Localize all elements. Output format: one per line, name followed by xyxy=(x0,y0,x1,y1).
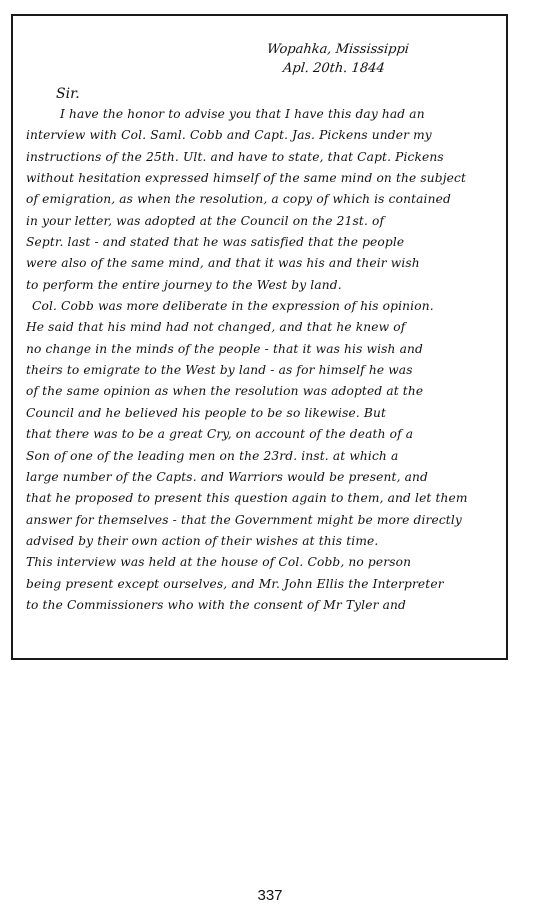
body-line: Col. Cobb was more deliberate in the exp… xyxy=(26,296,496,317)
body-line: that he proposed to present this questio… xyxy=(26,488,496,509)
body-line: interview with Col. Saml. Cobb and Capt.… xyxy=(26,125,496,146)
body-line: of the same opinion as when the resoluti… xyxy=(26,381,496,402)
letter-place: Wopahka, Mississippi xyxy=(266,40,468,59)
letter-heading: Wopahka, Mississippi Apl. 20th. 1844 xyxy=(264,40,468,78)
body-line: theirs to emigrate to the West by land -… xyxy=(26,360,496,381)
body-line: to perform the entire journey to the Wes… xyxy=(26,275,496,296)
body-line: were also of the same mind, and that it … xyxy=(26,253,496,274)
body-line: instructions of the 25th. Ult. and have … xyxy=(26,147,496,168)
body-line: Septr. last - and stated that he was sat… xyxy=(26,232,496,253)
body-line: to the Commissioners who with the consen… xyxy=(26,595,496,616)
body-line: of emigration, as when the resolution, a… xyxy=(26,189,496,210)
body-line: in your letter, was adopted at the Counc… xyxy=(26,211,496,232)
body-line: Council and he believed his people to be… xyxy=(26,403,496,424)
body-line: that there was to be a great Cry, on acc… xyxy=(26,424,496,445)
body-line: no change in the minds of the people - t… xyxy=(26,339,496,360)
body-line: This interview was held at the house of … xyxy=(26,552,496,573)
body-line: being present except ourselves, and Mr. … xyxy=(26,574,496,595)
body-line: advised by their own action of their wis… xyxy=(26,531,496,552)
salutation: Sir. xyxy=(56,86,80,102)
letter-date: Apl. 20th. 1844 xyxy=(264,59,466,78)
body-line: He said that his mind had not changed, a… xyxy=(26,317,496,338)
body-line: I have the honor to advise you that I ha… xyxy=(26,104,496,125)
body-line: large number of the Capts. and Warriors … xyxy=(26,467,496,488)
page-number: 337 xyxy=(0,887,540,904)
body-line: without hesitation expressed himself of … xyxy=(26,168,496,189)
body-line: answer for themselves - that the Governm… xyxy=(26,510,496,531)
letter-body: I have the honor to advise you that I ha… xyxy=(26,104,496,616)
body-line: Son of one of the leading men on the 23r… xyxy=(26,446,496,467)
